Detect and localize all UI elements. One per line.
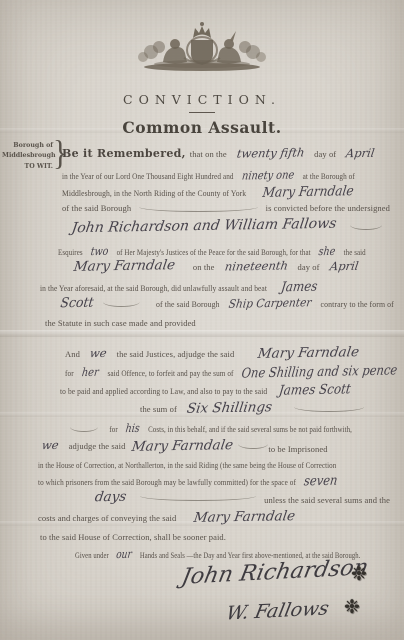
printed-text: to which prisoners from the said Borough… [38,477,296,487]
form-line: for her said Offence, to forfeit and pay… [65,363,402,381]
justice-signature: W. Fallows [224,597,331,624]
margin-jurisdiction-note: Borough of Middlesbrough TO WIT. [2,141,53,172]
form-line: we adjudge the said Mary Farndale to be … [42,436,390,454]
complainant-name: Scott [59,295,94,312]
printed-text: said Offence, to forfeit and pay the sum… [107,368,233,378]
printed-text: And [65,349,80,359]
form-line: And we the said Justices, adjudge the sa… [65,344,365,362]
wax-seal-icon: ❉ [344,596,360,619]
offence-day-field: nineteenth [223,258,288,273]
printed-text: adjudge the said [69,441,126,451]
form-line: to the said House of Correction, shall b… [40,527,226,545]
printed-text: Middlesbrough, in the North Riding of th… [62,188,246,198]
printed-text: the sum of [140,404,177,414]
margin-line: TO WIT. [25,163,53,170]
defendant-name: Mary Farndale [257,344,360,362]
printed-text: day of [314,149,336,159]
sentence-unit-field: days [94,489,128,506]
offence-month-field: April [329,259,360,273]
document-photo: CONVICTION. Common Assault. Borough of M… [0,0,404,640]
printed-text: at the Borough of [303,171,355,181]
pronoun-field: his [125,421,141,435]
form-line: to be paid and applied according to Law,… [60,381,356,399]
pen-flourish [140,494,256,501]
form-line: Middlesbrough, in the North Riding of th… [62,183,359,201]
printed-text: Esquires [58,247,83,257]
title-divider [189,112,215,113]
form-line: costs and charges of conveying the said … [38,508,301,526]
printed-text: Costs, in this behalf, and if the said s… [148,424,352,434]
printed-text: to be paid and applied according to Law,… [60,386,267,396]
form-line: days unless the said several sums and th… [95,489,390,505]
printed-text: in the Year aforesaid, at the said Borou… [40,283,267,293]
form-line: Be it Remembered, that on the twenty fif… [62,144,381,162]
royal-arms-crest-icon [129,14,275,74]
wax-seal-icon: ❉ [351,563,367,586]
printed-text: on the [193,262,215,272]
printed-text: Be it Remembered, [62,147,186,160]
printed-text: of the said Borough [156,299,220,309]
fold-crease [0,330,404,337]
document-title: CONVICTION. [0,92,404,107]
printed-text: the said [344,247,366,257]
year-field: ninety one [241,167,295,182]
fine-amount-field: One Shilling and six pence [241,362,399,381]
justices-pronoun-field: we [89,346,108,360]
justices-pronoun-field: we [41,438,60,452]
pen-flourish [139,205,257,212]
printed-text: unless the said several sums and the [264,495,390,505]
costs-amount-field: Six Shillings [186,399,273,416]
form-line: Mary Farndale on the nineteenth day of A… [68,257,364,275]
margin-line: Borough of [13,142,53,149]
printed-text: the said Justices, adjudge the said [117,349,235,359]
printed-text: for [109,424,117,434]
printed-text: of Her Majesty's Justices of the Peace f… [117,247,311,257]
defendant-name: Mary Farndale [130,437,233,455]
printed-text: in the House of Correction, at Northalle… [38,460,336,470]
defendant-name: Mary Farndale [193,508,296,526]
form-line: in the Year of our Lord One Thousand Eig… [62,166,355,184]
pen-flourish [294,405,364,412]
defendant-name: Mary Farndale [73,257,176,275]
form-line: of the said Borough is convicted before … [62,203,390,213]
printed-text: Given under [75,550,109,560]
printed-text: of the said Borough [62,203,131,213]
printed-text: that on the [190,149,227,159]
form-line: the sum of Six Shillings [140,399,364,417]
pronoun-field: our [116,547,133,561]
defendant-name: Mary Farndale [261,183,354,201]
pen-flourish [70,425,98,432]
printed-text: to the said House of Correction, shall b… [40,532,226,542]
pen-flourish [350,223,382,230]
form-line: John Richardson and William Fallows [66,218,390,234]
printed-text: to be Imprisoned [268,444,327,454]
offence-month-field: April [345,146,376,160]
printed-text: is convicted before the undersigned [266,203,390,213]
printed-text: costs and charges of conveying the said [38,513,176,523]
pronoun-field: her [81,365,99,379]
occupation-field: Ship Carpenter [228,295,312,311]
printed-text: contrary to the form of [321,299,394,309]
pen-flourish [238,442,268,449]
printed-text: in the Year of our Lord One Thousand Eig… [62,171,234,181]
complainant-name: James [280,279,318,296]
justices-names: John Richardson and William Fallows [71,216,338,237]
margin-line: Middlesbrough [2,152,56,159]
form-line: to which prisoners from the said Borough… [38,472,343,490]
printed-text: the Statute in such case made and provid… [45,318,196,328]
offence-day-field: twenty fifth [236,145,306,160]
form-line: in the House of Correction, at Northalle… [38,455,336,473]
form-line: Scott of the said Borough Ship Carpenter… [55,294,394,312]
sentence-length-field: seven [303,473,338,490]
printed-text: day of [297,262,319,272]
complainant-name: James Scott [278,381,352,398]
form-line: for his Costs, in this behalf, and if th… [70,419,352,437]
form-line: the Statute in such case made and provid… [45,313,196,331]
printed-text: for [65,368,74,378]
pen-flourish [103,300,140,307]
